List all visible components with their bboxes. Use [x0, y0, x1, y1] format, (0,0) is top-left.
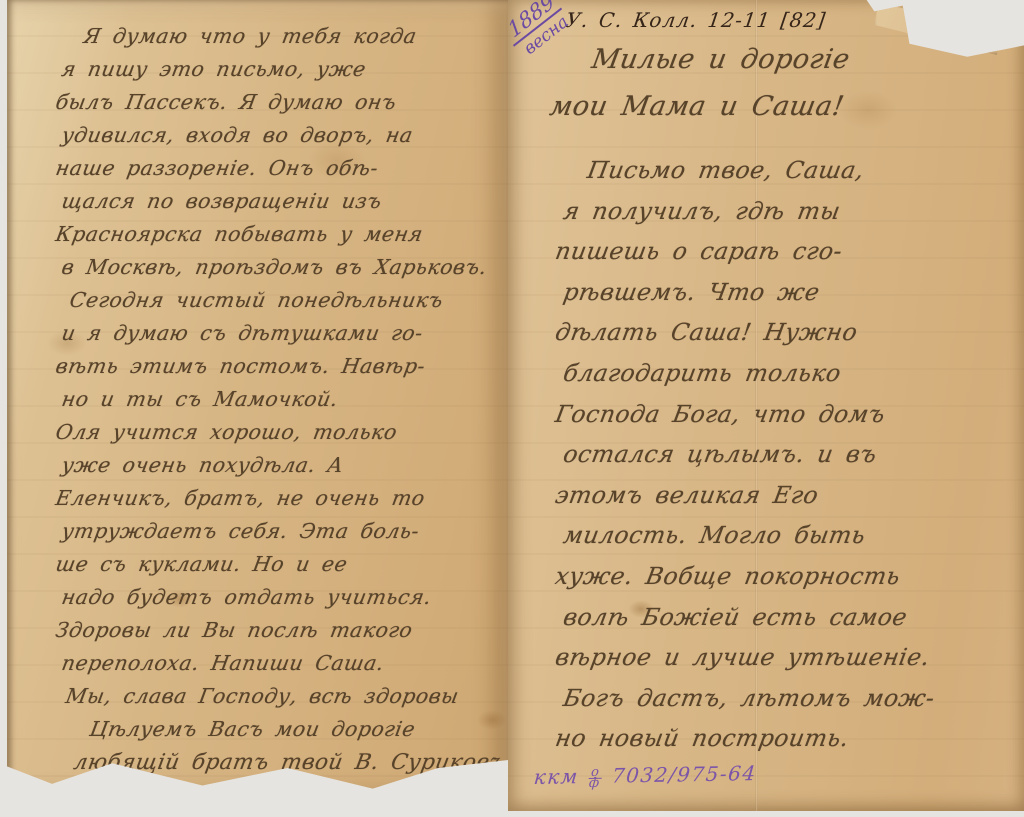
handwriting-line: ше съ куклами. Но и ее: [53, 548, 499, 581]
handwriting-line: Оля учится хорошо, только: [53, 416, 499, 449]
handwriting-line: но новый построить.: [552, 718, 938, 759]
letter-scan: Я думаю что у тебя когдая пишу это письм…: [0, 0, 1024, 817]
handwriting-line: наше раззореніе. Онъ обѣ-: [53, 152, 499, 185]
inventory-prefix: ккм: [533, 764, 580, 789]
letter-page-left: Я думаю что у тебя когдая пишу это письм…: [7, 0, 508, 795]
letter-page-right: У. С. Колл. 12-11 [82] 1889 весна Милые …: [508, 0, 1024, 811]
handwriting-line: Письмо твое, Саша,: [584, 150, 938, 191]
handwriting-line: в Москвѣ, проѣздомъ въ Харьковъ.: [59, 251, 499, 284]
handwriting-line: щался по возвращеніи изъ: [59, 185, 499, 218]
handwriting-line: Милые и дорогіе: [588, 36, 854, 83]
inventory-number: 7032/975-64: [611, 761, 758, 788]
handwriting-line: этомъ великая Его: [552, 475, 938, 516]
handwriting-line: Богъ дастъ, лѣтомъ мож-: [560, 678, 938, 719]
handwriting-line: переполоха. Напиши Саша.: [59, 647, 499, 680]
handwriting-line: надо будетъ отдать учиться.: [59, 581, 499, 614]
handwriting-line: Я думаю что у тебя когда: [81, 20, 499, 53]
archival-collection-mark: У. С. Колл. 12-11 [82]: [564, 8, 827, 32]
handwriting-line: Мы, слава Господу, всѣ здоровы: [63, 680, 499, 713]
handwriting-line: былъ Пассекъ. Я думаю онъ: [53, 86, 499, 119]
handwriting-line: хуже. Вобще покорность: [552, 556, 938, 597]
handwriting-line: и я думаю съ дѣтушками го-: [59, 317, 499, 350]
handwriting-line: любящій братъ твой В. Суриковъ: [71, 746, 499, 779]
handwriting-line: дѣлать Саша! Нужно: [552, 312, 938, 353]
handwriting-line: мои Мама и Саша!: [546, 83, 854, 130]
inventory-fraction: оф: [588, 768, 603, 789]
handwriting-line: рѣвшемъ. Что же: [560, 272, 938, 313]
handwriting-line: Господа Бога, что домъ: [552, 394, 938, 435]
handwriting-line: пишешь о сараѣ сго-: [552, 231, 938, 272]
handwriting-line: утруждаетъ себя. Эта боль-: [59, 515, 499, 548]
handwriting-line: Сегодня чистый понедѣльникъ: [67, 284, 499, 317]
handwriting-line: я пишу это письмо, уже: [59, 53, 499, 86]
handwritten-text-left: Я думаю что у тебя когдая пишу это письм…: [53, 20, 493, 779]
handwriting-line: вѣрное и лучше утѣшеніе.: [552, 637, 938, 678]
handwriting-line: Еленчикъ, братъ, не очень то: [53, 482, 499, 515]
handwriting-line: волѣ Божіей есть самое: [560, 597, 938, 638]
handwriting-line: удивился, входя во дворъ, на: [59, 119, 499, 152]
handwriting-line: остался цѣлымъ. и въ: [560, 434, 938, 475]
handwritten-text-right: Письмо твое, Саша,я получилъ, гдѣ тыпише…: [552, 150, 931, 759]
handwriting-line: но и ты съ Мамочкой.: [59, 383, 499, 416]
handwriting-line: милость. Могло быть: [560, 515, 938, 556]
handwriting-line: уже очень похудѣла. А: [59, 449, 499, 482]
folded-corner: [874, 3, 1003, 55]
handwriting-line: Цѣлуемъ Васъ мои дорогіе: [87, 713, 499, 746]
handwriting-line: благодарить только: [560, 353, 938, 394]
handwriting-line: вѣть этимъ постомъ. Навѣр-: [53, 350, 499, 383]
handwriting-line: Здоровы ли Вы послѣ такого: [53, 614, 499, 647]
handwritten-greeting: Милые и дорогіемои Мама и Саша!: [546, 36, 845, 130]
handwriting-line: Красноярска побывать у меня: [53, 218, 499, 251]
handwriting-line: я получилъ, гдѣ ты: [560, 191, 938, 232]
museum-inventory-stamp: ккм оф 7032/975-64: [533, 761, 758, 790]
